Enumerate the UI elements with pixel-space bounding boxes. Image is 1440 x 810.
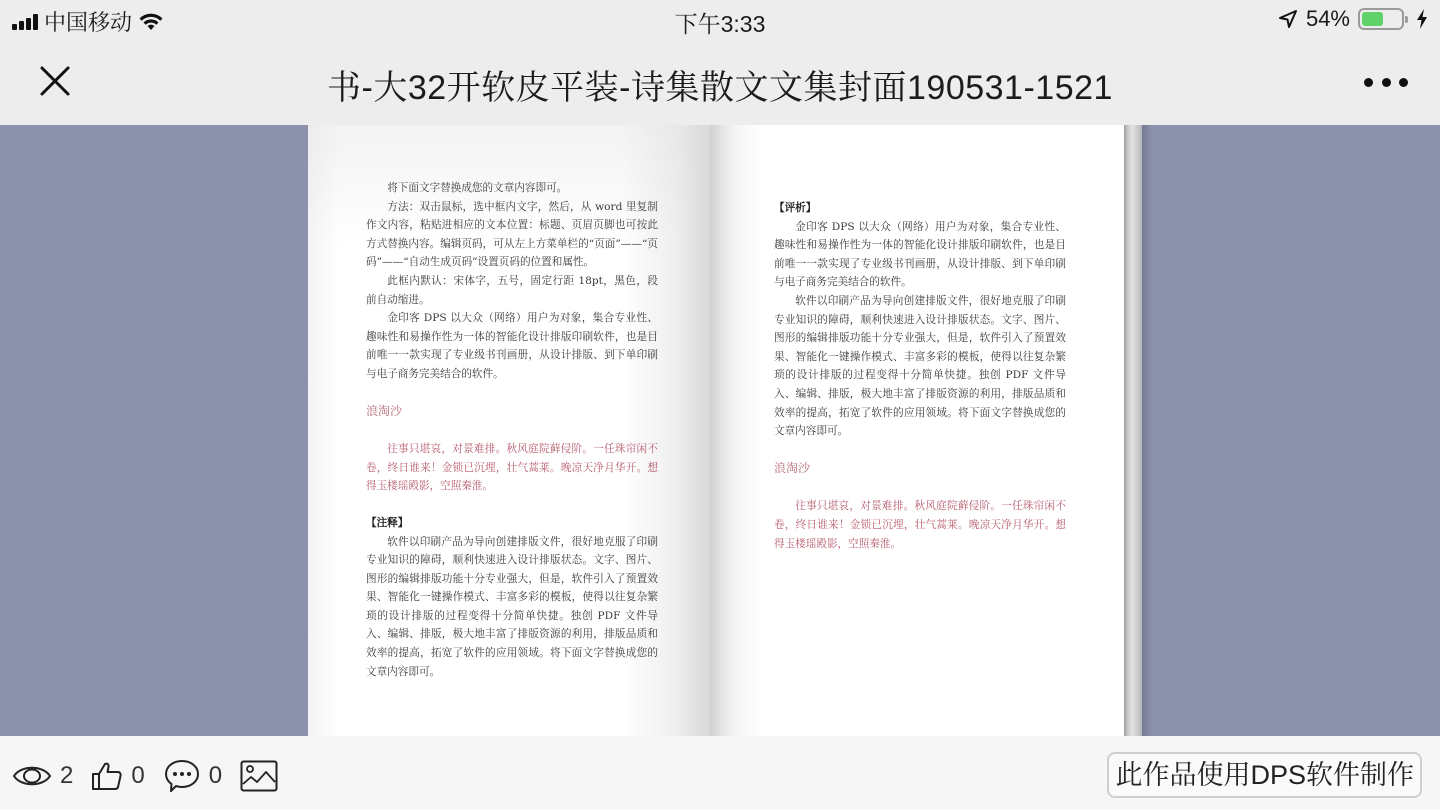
image-button[interactable] bbox=[240, 760, 278, 792]
paragraph: 金印客 DPS 以大众（网络）用户为对象，集合专业性、趣味性和易操作性为一体的智… bbox=[774, 218, 1066, 292]
poem-title: 浪淘沙 bbox=[366, 402, 658, 421]
poem-text: 往事只堪哀，对景难排。秋风庭院藓侵阶。一任珠帘闲不卷，终日谁来！金锁已沉埋，壮气… bbox=[774, 497, 1066, 553]
analysis-heading: 【评析】 bbox=[774, 199, 1066, 218]
left-page-content: 将下面文字替换成您的文章内容即可。 方法：双击鼠标，选中框内文字，然后，从 wo… bbox=[366, 179, 658, 681]
paragraph: 方法：双击鼠标，选中框内文字，然后，从 word 里复制作文内容，粘贴进相应的文… bbox=[366, 198, 658, 272]
notes-text: 软件以印刷产品为导向创建排版文件，很好地克服了印刷专业知识的障碍，顺利快速进入设… bbox=[366, 533, 658, 682]
navigation-bar: 书-大32开软皮平装-诗集散文文集封面190531-1521 bbox=[0, 40, 1440, 125]
page-title: 书-大32开软皮平装-诗集散文文集封面190531-1521 bbox=[0, 60, 1440, 109]
paragraph: 此框内默认：宋体字，五号，固定行距 18pt，黑色，段前自动缩进。 bbox=[366, 272, 658, 309]
views-count: 2 bbox=[60, 762, 73, 790]
status-bar-right: 54% bbox=[1278, 6, 1428, 32]
like-button[interactable]: 0 bbox=[91, 761, 144, 791]
right-page-content: 【评析】 金印客 DPS 以大众（网络）用户为对象，集合专业性、趣味性和易操作性… bbox=[774, 199, 1066, 553]
comments-count: 0 bbox=[209, 762, 222, 790]
notes-heading: 【注释】 bbox=[366, 514, 658, 533]
bottom-bar: 2 0 0 此作品使用DPS软件制作 bbox=[0, 736, 1440, 810]
paragraph: 软件以印刷产品为导向创建排版文件，很好地克服了印刷专业知识的障碍，顺利快速进入设… bbox=[774, 292, 1066, 441]
stats-group: 2 0 0 bbox=[12, 758, 296, 794]
status-bar: 中国移动 下午3:33 54% bbox=[0, 0, 1440, 40]
dps-software-button[interactable]: 此作品使用DPS软件制作 bbox=[1107, 752, 1422, 798]
page-stack-edge bbox=[1124, 125, 1142, 736]
likes-count: 0 bbox=[131, 762, 144, 790]
charging-bolt-icon bbox=[1416, 9, 1428, 29]
thumbs-up-icon bbox=[91, 761, 123, 791]
eye-icon bbox=[12, 763, 52, 789]
more-options-button[interactable] bbox=[1364, 70, 1408, 94]
status-time: 下午3:33 bbox=[0, 6, 1440, 39]
flipbook-viewer[interactable] bbox=[0, 125, 1440, 736]
views-stat: 2 bbox=[12, 762, 73, 790]
location-arrow-icon bbox=[1278, 9, 1298, 29]
image-icon bbox=[240, 760, 278, 792]
poem-text: 往事只堪哀，对景难排。秋风庭院藓侵阶。一任珠帘闲不卷，终日谁来！金锁已沉埋，壮气… bbox=[366, 440, 658, 496]
battery-icon bbox=[1358, 8, 1404, 30]
battery-percent: 54% bbox=[1306, 6, 1350, 32]
more-dots-icon bbox=[1364, 78, 1373, 87]
comment-button[interactable]: 0 bbox=[163, 758, 222, 794]
paragraph: 将下面文字替换成您的文章内容即可。 bbox=[366, 179, 658, 198]
paragraph: 金印客 DPS 以大众（网络）用户为对象，集合专业性、趣味性和易操作性为一体的智… bbox=[366, 309, 658, 383]
comment-bubble-icon bbox=[163, 758, 201, 794]
poem-title: 浪淘沙 bbox=[774, 459, 1066, 478]
